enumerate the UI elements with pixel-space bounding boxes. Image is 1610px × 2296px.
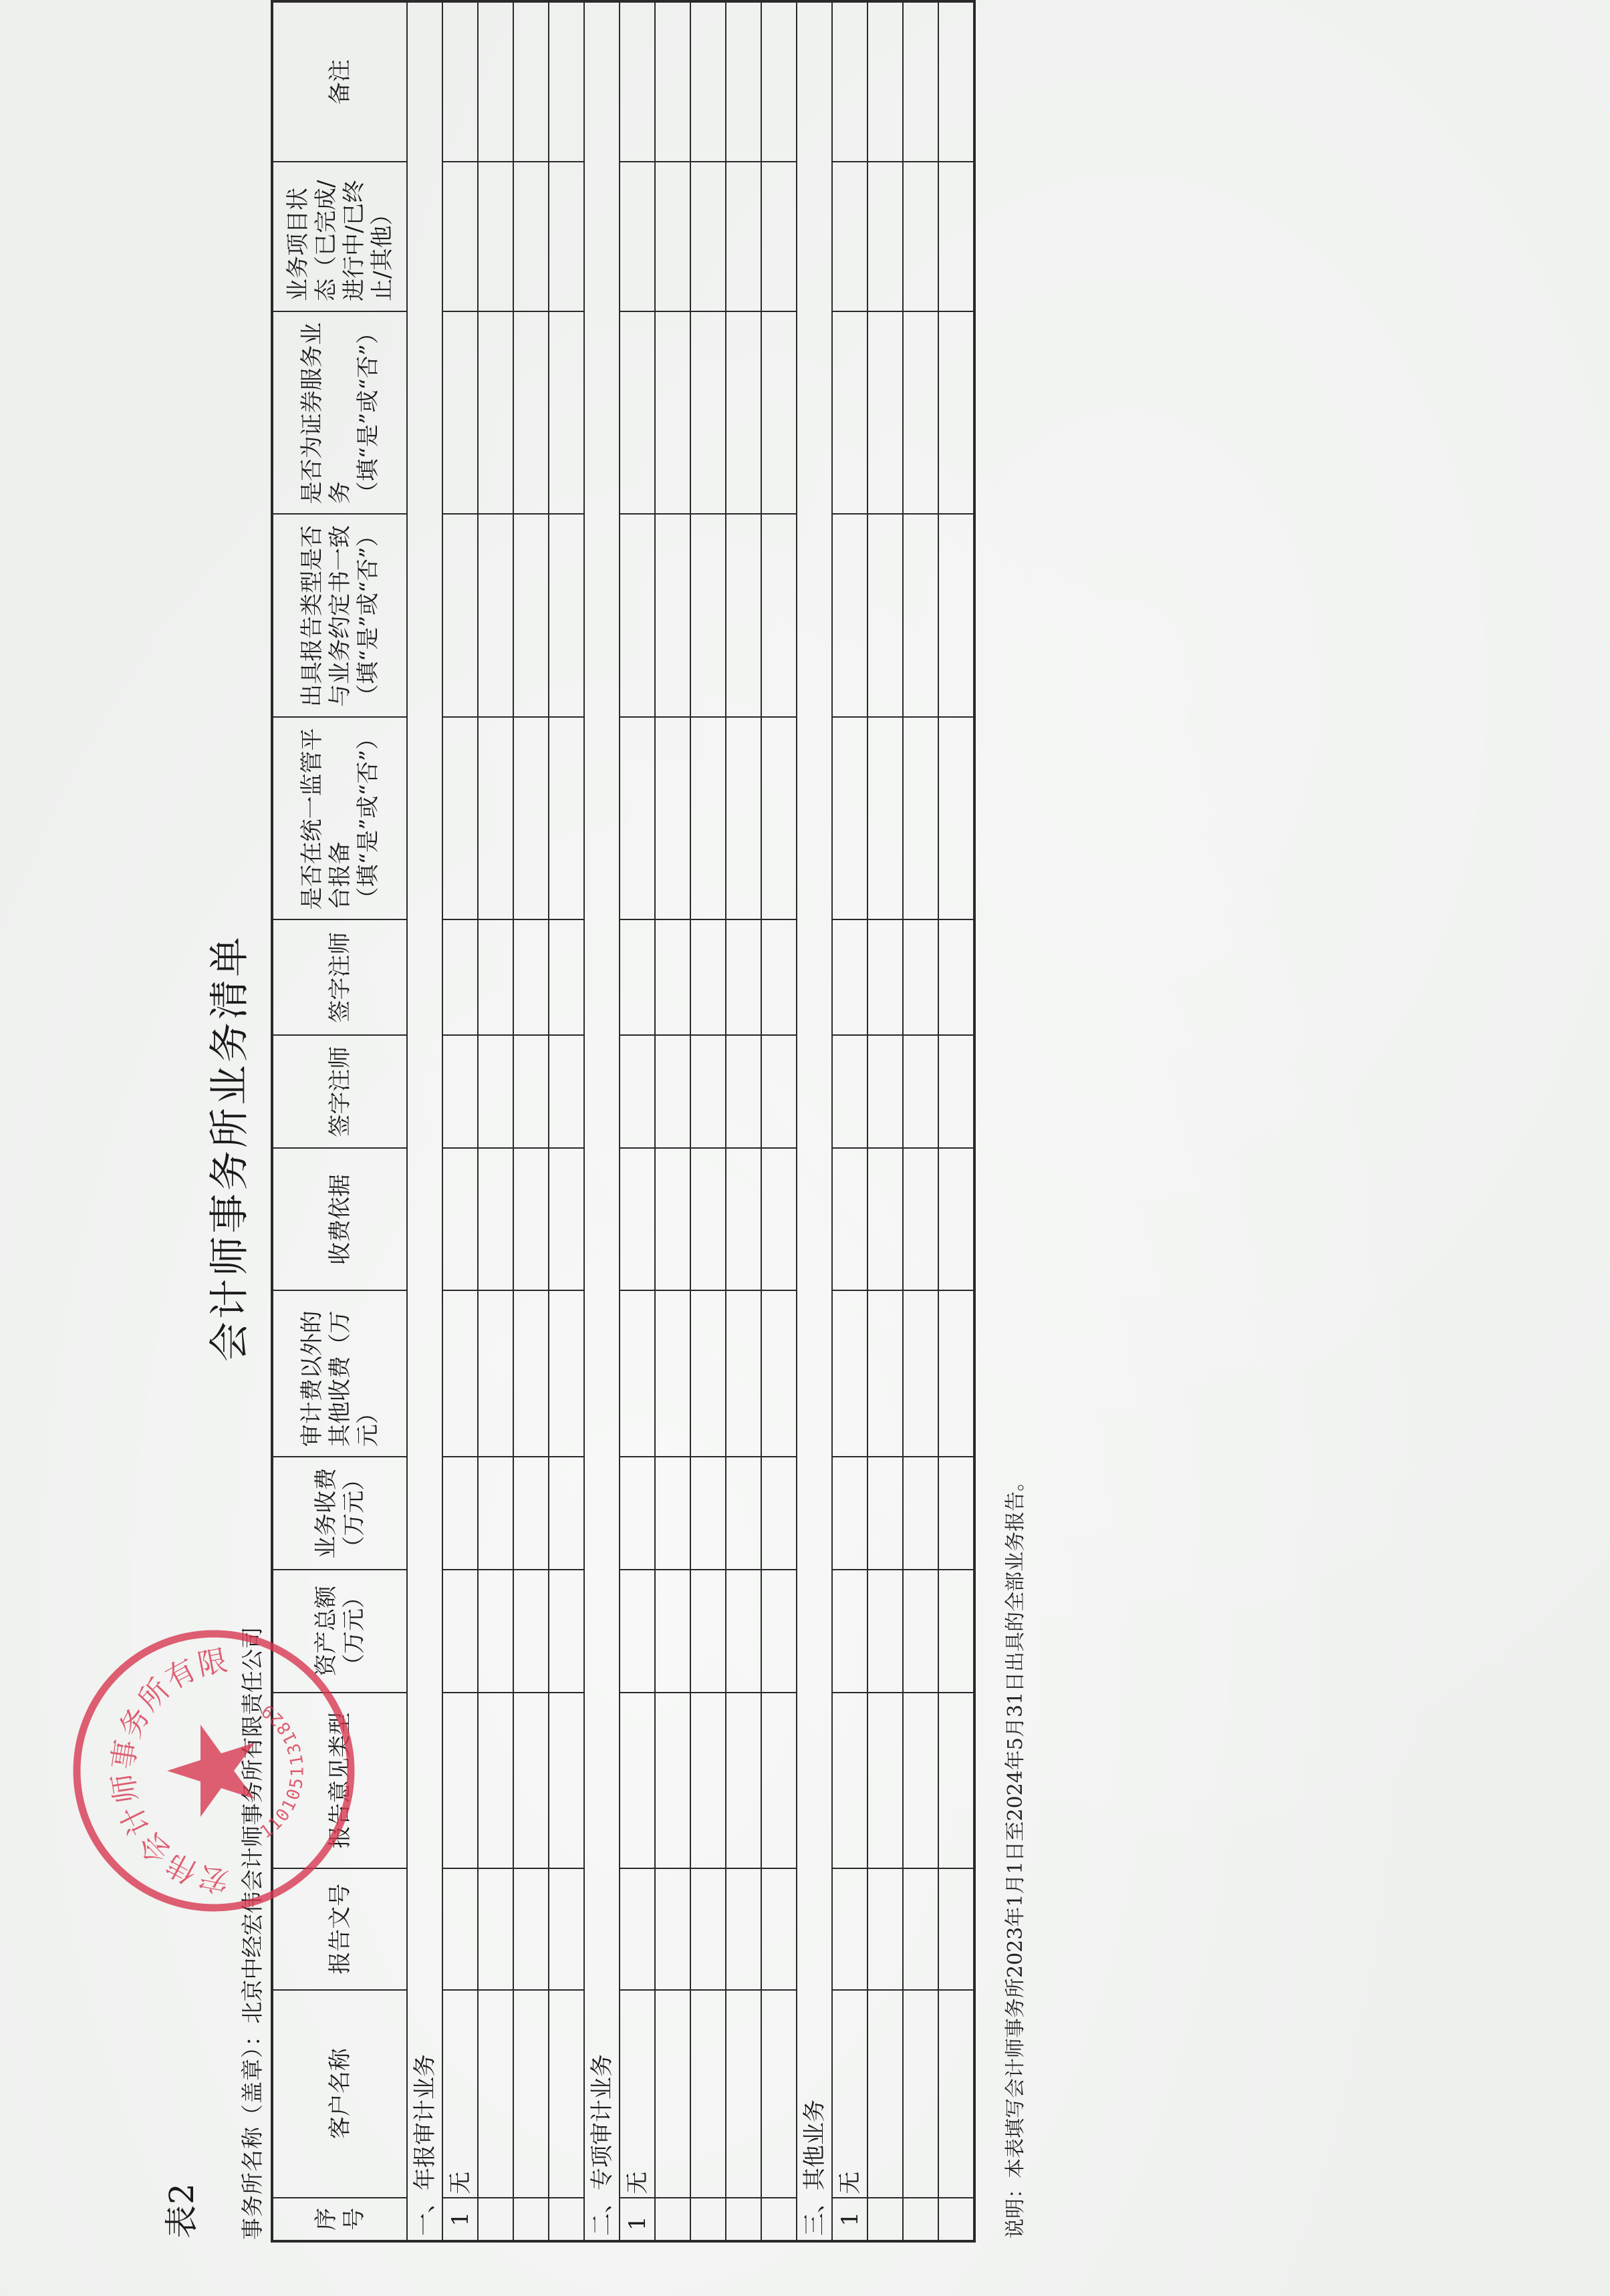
table-row (690, 1, 726, 2241)
table-cell (938, 1148, 974, 1290)
table-cell (620, 1693, 655, 1868)
business-list-table: 序号 客户名称 报告文号 报告意见类型 资产总额（万元） 业务收费（万元） 审计… (271, 0, 976, 2243)
header-report-type-consistent: 出具报告类型是否与业务约定书一致（填“是”或“否”） (272, 514, 407, 717)
table-cell (867, 717, 903, 920)
table-cell (867, 1035, 903, 1149)
table-cell (832, 1, 867, 162)
table-row: 1无 (832, 1, 867, 2241)
table-cell (690, 1, 726, 162)
table-cell (761, 1570, 797, 1693)
table-cell (655, 1868, 690, 1990)
table-cell (761, 162, 797, 311)
footnote: 说明：本表填写会计师事务所2023年1月1日至2024年5月31日出具的全部业务… (998, 1471, 1028, 2239)
table-cell (513, 1457, 549, 1570)
table-cell (938, 1570, 974, 1693)
table-cell (761, 514, 797, 717)
table-cell (867, 1, 903, 162)
table-cell (761, 1, 797, 162)
header-project-status: 业务项目状态（已完成/进行中/已终止/其他） (272, 162, 407, 311)
table-cell (549, 1570, 584, 1693)
table-row (655, 1, 690, 2241)
table-cell (442, 717, 478, 920)
table-cell (478, 1290, 513, 1457)
table-cell (513, 311, 549, 515)
table-cell (832, 514, 867, 717)
table-cell (478, 1148, 513, 1290)
table-cell (620, 1148, 655, 1290)
section-row: 三、其他业务 (797, 1, 832, 2241)
header-other-fees: 审计费以外的其他收费（万元） (272, 1290, 407, 1457)
table-cell (655, 1035, 690, 1149)
table-cell (549, 1457, 584, 1570)
cell-client-name (478, 1990, 513, 2198)
cell-client-name (726, 1990, 761, 2198)
table-cell (726, 1457, 761, 1570)
cell-client-name (655, 1990, 690, 2198)
table-cell (726, 1570, 761, 1693)
table-cell (938, 162, 974, 311)
table-cell (938, 1457, 974, 1570)
table-cell (832, 1290, 867, 1457)
table-cell (620, 162, 655, 311)
table-cell (903, 1693, 938, 1868)
cell-seq (867, 2198, 903, 2241)
firm-name-line: 事务所名称（盖章）：北京中经宏伟会计师事务所有限责任公司 (235, 1627, 267, 2241)
cell-seq (903, 2198, 938, 2241)
table-body: 一、年报审计业务1无二、专项审计业务1无三、其他业务1无 (407, 1, 974, 2241)
table-cell (903, 311, 938, 515)
table-cell (761, 1035, 797, 1149)
header-client-name: 客户名称 (272, 1990, 407, 2198)
cell-client-name (761, 1990, 797, 2198)
table-cell (903, 1290, 938, 1457)
table-cell (867, 1693, 903, 1868)
table-cell (761, 717, 797, 920)
header-platform-filed: 是否在统一监管平台报备（填“是”或“否”） (272, 717, 407, 920)
table-cell (478, 1457, 513, 1570)
table-cell (478, 514, 513, 717)
table-cell (903, 717, 938, 920)
header-securities-service: 是否为证券服务业务（填“是”或“否”） (272, 311, 407, 515)
section-row: 一、年报审计业务 (407, 1, 442, 2241)
table-cell (513, 1035, 549, 1149)
table-cell (442, 1868, 478, 1990)
table-cell (867, 1457, 903, 1570)
table-row (726, 1, 761, 2241)
section-title: 二、专项审计业务 (584, 1, 620, 2241)
table-cell (478, 1693, 513, 1868)
table-row (903, 1, 938, 2241)
table-cell (938, 1868, 974, 1990)
cell-client-name: 无 (620, 1990, 655, 2198)
table-cell (442, 1570, 478, 1693)
table-cell (832, 717, 867, 920)
table-cell (867, 1868, 903, 1990)
table-label: 表2 (155, 2182, 203, 2239)
table-cell (726, 1290, 761, 1457)
table-cell (690, 311, 726, 515)
table-cell (442, 1148, 478, 1290)
cell-client-name (938, 1990, 974, 2198)
table-cell (867, 162, 903, 311)
table-cell (442, 1035, 478, 1149)
cell-client-name (903, 1990, 938, 2198)
header-service-fee: 业务收费（万元） (272, 1457, 407, 1570)
header-remarks: 备注 (272, 1, 407, 162)
table-cell (690, 514, 726, 717)
table-cell (761, 1693, 797, 1868)
header-signing-cpa-2: 签字注师 (272, 919, 407, 1034)
table-cell (832, 1570, 867, 1693)
table-cell (620, 919, 655, 1034)
table-cell (690, 919, 726, 1034)
table-cell (726, 514, 761, 717)
table-cell (690, 1868, 726, 1990)
table-cell (513, 514, 549, 717)
table-cell (903, 162, 938, 311)
table-cell (655, 514, 690, 717)
cell-seq (549, 2198, 584, 2241)
table-cell (690, 1693, 726, 1868)
table-cell (832, 1868, 867, 1990)
table-cell (938, 1, 974, 162)
table-cell (690, 1570, 726, 1693)
table-cell (513, 1693, 549, 1868)
table-cell (549, 1035, 584, 1149)
table-cell (655, 919, 690, 1034)
table-cell (938, 1693, 974, 1868)
table-cell (761, 311, 797, 515)
table-row: 1无 (620, 1, 655, 2241)
table-cell (903, 1035, 938, 1149)
table-cell (903, 1, 938, 162)
header-report-number: 报告文号 (272, 1868, 407, 1990)
table-cell (478, 919, 513, 1034)
table-cell (620, 717, 655, 920)
table-cell (442, 1, 478, 162)
table-cell (726, 717, 761, 920)
section-title: 一、年报审计业务 (407, 1, 442, 2241)
table-cell (903, 1868, 938, 1990)
table-cell (513, 1868, 549, 1990)
table-cell (903, 1148, 938, 1290)
section-title: 三、其他业务 (797, 1, 832, 2241)
table-cell (549, 162, 584, 311)
scanned-document-page: 表2 会计师事务所业务清单 事务所名称（盖章）：北京中经宏伟会计师事务所有限责任… (0, 0, 1610, 2296)
table-cell (549, 514, 584, 717)
table-cell (549, 1148, 584, 1290)
table-cell (726, 1693, 761, 1868)
cell-client-name (513, 1990, 549, 2198)
header-opinion-type: 报告意见类型 (272, 1693, 407, 1868)
header-fee-basis: 收费依据 (272, 1148, 407, 1290)
table-cell (903, 1457, 938, 1570)
table-cell (478, 1035, 513, 1149)
table-row (549, 1, 584, 2241)
table-cell (513, 1148, 549, 1290)
cell-seq: 1 (442, 2198, 478, 2241)
table-cell (478, 1, 513, 162)
cell-seq: 1 (832, 2198, 867, 2241)
table-cell (655, 1570, 690, 1693)
table-cell (549, 1868, 584, 1990)
table-cell (761, 919, 797, 1034)
table-cell (620, 1290, 655, 1457)
header-total-assets: 资产总额（万元） (272, 1570, 407, 1693)
cell-client-name: 无 (832, 1990, 867, 2198)
table-cell (690, 1457, 726, 1570)
table-cell (867, 919, 903, 1034)
table-cell (726, 1868, 761, 1990)
table-cell (867, 311, 903, 515)
table-cell (655, 1290, 690, 1457)
cell-seq (938, 2198, 974, 2241)
table-cell (761, 1457, 797, 1570)
table-cell (938, 1035, 974, 1149)
table-row: 1无 (442, 1, 478, 2241)
table-cell (726, 1, 761, 162)
table-cell (761, 1868, 797, 1990)
cell-client-name (690, 1990, 726, 2198)
table-cell (549, 717, 584, 920)
table-row (513, 1, 549, 2241)
table-cell (903, 514, 938, 717)
table-cell (655, 1457, 690, 1570)
table-cell (726, 311, 761, 515)
table-cell (655, 1693, 690, 1868)
table-cell (513, 1, 549, 162)
firm-name-value: 北京中经宏伟会计师事务所有限责任公司 (239, 1627, 265, 2024)
table-cell (690, 1148, 726, 1290)
table-cell (903, 1570, 938, 1693)
table-cell (442, 514, 478, 717)
cell-client-name (867, 1990, 903, 2198)
table-cell (726, 1148, 761, 1290)
table-cell (478, 1570, 513, 1693)
table-cell (690, 162, 726, 311)
table-cell (938, 717, 974, 920)
table-cell (726, 919, 761, 1034)
table-cell (442, 162, 478, 311)
table-cell (690, 1035, 726, 1149)
table-cell (867, 514, 903, 717)
table-cell (513, 717, 549, 920)
table-cell (832, 311, 867, 515)
cell-seq (726, 2198, 761, 2241)
table-cell (690, 1290, 726, 1457)
table-cell (620, 1868, 655, 1990)
table-cell (655, 311, 690, 515)
table-cell (549, 1290, 584, 1457)
table-cell (938, 311, 974, 515)
table-cell (832, 1693, 867, 1868)
table-cell (478, 1868, 513, 1990)
table-cell (513, 1570, 549, 1693)
table-cell (832, 1457, 867, 1570)
table-header-row: 序号 客户名称 报告文号 报告意见类型 资产总额（万元） 业务收费（万元） 审计… (272, 1, 407, 2241)
table-row (478, 1, 513, 2241)
table-cell (867, 1570, 903, 1693)
table-cell (867, 1148, 903, 1290)
table-cell (655, 162, 690, 311)
table-cell (620, 1457, 655, 1570)
table-cell (726, 162, 761, 311)
table-cell (478, 717, 513, 920)
table-row (761, 1, 797, 2241)
table-cell (442, 1457, 478, 1570)
header-seq: 序号 (272, 2198, 407, 2241)
cell-seq (690, 2198, 726, 2241)
table-cell (655, 1148, 690, 1290)
table-cell (513, 919, 549, 1034)
table-cell (620, 514, 655, 717)
table-cell (832, 1035, 867, 1149)
table-cell (620, 311, 655, 515)
cell-seq: 1 (620, 2198, 655, 2241)
table-row (867, 1, 903, 2241)
table-cell (832, 919, 867, 1034)
table-cell (938, 514, 974, 717)
cell-seq (655, 2198, 690, 2241)
table-cell (513, 162, 549, 311)
table-cell (620, 1570, 655, 1693)
table-cell (867, 1290, 903, 1457)
table-cell (478, 162, 513, 311)
section-row: 二、专项审计业务 (584, 1, 620, 2241)
table-cell (761, 1148, 797, 1290)
table-cell (442, 919, 478, 1034)
table-cell (620, 1, 655, 162)
firm-name-label: 事务所名称（盖章）： (239, 2024, 265, 2241)
table-cell (442, 1693, 478, 1868)
table-cell (549, 311, 584, 515)
table-cell (442, 311, 478, 515)
cell-seq (513, 2198, 549, 2241)
table-cell (655, 1, 690, 162)
table-cell (478, 311, 513, 515)
table-cell (442, 1290, 478, 1457)
table-cell (513, 1290, 549, 1457)
table-cell (549, 1693, 584, 1868)
table-cell (938, 919, 974, 1034)
table-cell (832, 162, 867, 311)
cell-client-name: 无 (442, 1990, 478, 2198)
table-cell (761, 1290, 797, 1457)
header-signing-cpa-1: 签字注师 (272, 1035, 407, 1149)
table-row (938, 1, 974, 2241)
cell-seq (478, 2198, 513, 2241)
table-cell (903, 919, 938, 1034)
table-cell (549, 919, 584, 1034)
table-cell (726, 1035, 761, 1149)
table-cell (620, 1035, 655, 1149)
table-cell (655, 717, 690, 920)
table-cell (938, 1290, 974, 1457)
cell-seq (761, 2198, 797, 2241)
table-cell (690, 717, 726, 920)
table-cell (832, 1148, 867, 1290)
table-cell (549, 1, 584, 162)
cell-client-name (549, 1990, 584, 2198)
